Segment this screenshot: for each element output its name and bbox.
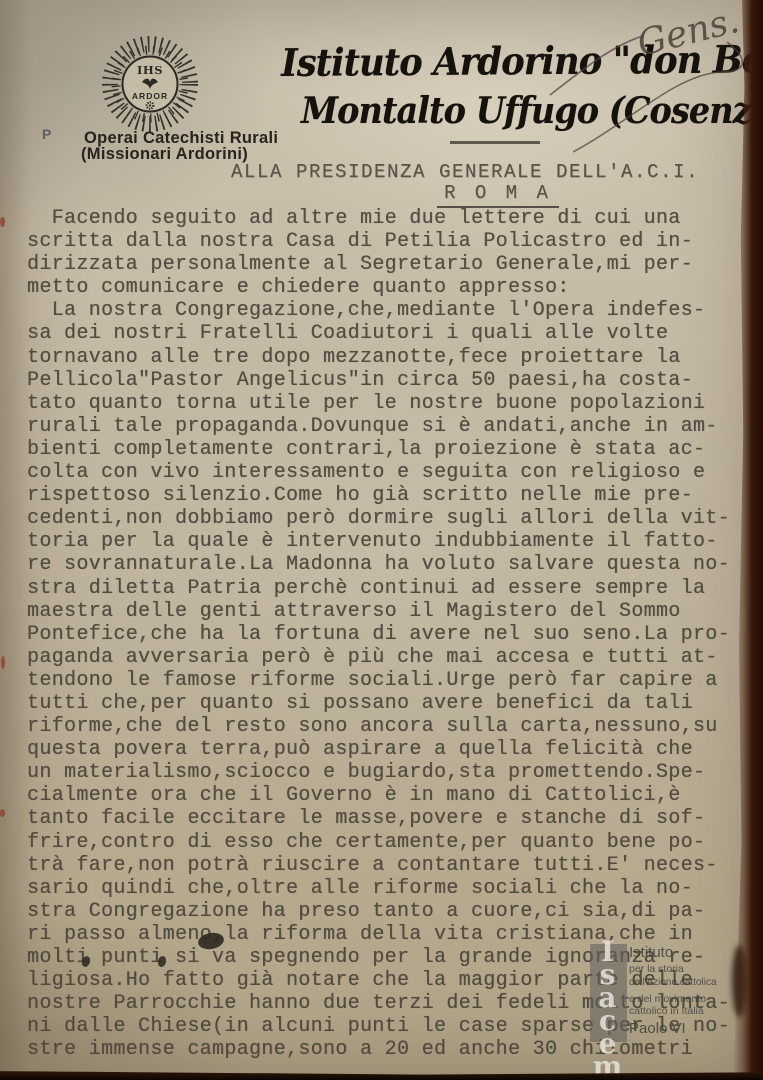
typed-text-line: re sovrannaturale.La Madonna ha voluto s… [27, 553, 763, 576]
typed-text-line: metto comunicare e chiedere quanto appre… [27, 276, 763, 299]
scanned-letter-photo: IHS ARDOR P Operai Catechisti Rurali (Mi… [0, 0, 763, 1080]
typed-text-line: maestra delle genti attraverso il Magist… [27, 600, 763, 623]
typed-text-line: paganda avversaria però è più che mai ac… [27, 646, 763, 669]
typed-text-line: tornavano alle tre dopo mezzanotte,fece … [27, 346, 763, 369]
institute-title-line2: Montalto Uffugo (Cosenza) [301, 90, 763, 132]
logo-ardor-text: ARDOR [132, 91, 168, 101]
typed-text-line: stra diletta Patria perchè continui ad e… [27, 577, 763, 600]
typed-text-line: un materialismo,sciocco e bugiardo,sta p… [27, 761, 763, 784]
typed-text-line: sa dei nostri Fratelli Coadiutori i qual… [27, 322, 763, 345]
watermark-acronym: Isacem [591, 935, 624, 1051]
typed-text-line: La nostra Congregazione,che,mediante l'O… [27, 299, 763, 322]
paper-speck [0, 217, 5, 227]
typed-text-line: questa povera terra,può aspirare a quell… [27, 738, 763, 761]
institute-title-line1: Istituto Ardorino "don Bosco.. [281, 36, 763, 85]
watermark-text-line: e del movimento [629, 994, 717, 1005]
typed-text-line: cialmente ora che il Governo è in mano d… [27, 784, 763, 807]
typed-text-line: dirizzata personalmente al Segretario Ge… [27, 253, 763, 276]
typed-text-line: Pellicola"Pastor Angelicus"in circa 50 p… [27, 369, 763, 392]
typed-text-line: toria per la quale è intervenuto indubbi… [27, 530, 763, 553]
ardor-sunburst-logo: IHS ARDOR [100, 34, 200, 134]
typed-text-line: rispettoso silenzio.Come ho già scritto … [27, 484, 763, 507]
stamp-letter-p: P [42, 126, 53, 142]
typed-text-line: tato quanto torna utile per le nostre bu… [27, 392, 763, 415]
watermark-text-line: Istituto [629, 945, 717, 961]
watermark-text-line: Paolo VI [629, 1021, 717, 1037]
typed-text-line: colta con vivo interessamento e seguita … [27, 461, 763, 484]
gear-icon-center [149, 104, 151, 106]
typed-text-line: rurali tale propaganda.Dovunque si è and… [27, 415, 763, 438]
letter-body: Facendo seguito ad altre mie due lettere… [27, 207, 763, 1061]
logo-ihs-text: IHS [137, 63, 163, 77]
isacem-watermark: Isacem Istitutoper la storiadell'Azione … [588, 939, 748, 1054]
typed-text-line: tanto facile eccitare le masse,povere e … [27, 807, 763, 830]
paper-speck [0, 809, 5, 817]
typed-text-line: Facendo seguito ad altre mie due lettere… [27, 207, 763, 230]
typed-text-line: bienti completamente contrari,la proiezi… [27, 438, 763, 461]
watermark-text-line: per la storia [629, 964, 717, 975]
typed-text-line: tutti che,per quanto si possano avere be… [27, 692, 763, 715]
typed-text-line: sario quindi che,oltre alle riforme soci… [27, 877, 763, 900]
letterhead-divider-line [450, 141, 540, 144]
typed-text-line: riforme,che del resto sono ancora sulla … [27, 715, 763, 738]
typed-text-line: frire,contro di esso che certamente,per … [27, 831, 763, 854]
typed-text-line: cedenti,non dobbiamo però dormire sugli … [27, 507, 763, 530]
recipient-city: R O M A [437, 182, 559, 208]
typed-text-line: Pontefice,che ha la fortuna di avere nel… [27, 623, 763, 646]
watermark-text: Istitutoper la storiadell'Azione cattoli… [629, 941, 717, 1037]
typed-text-line: trà fare,non potrà riuscire a contantare… [27, 854, 763, 877]
org-name-line2: (Missionari Ardorini) [81, 145, 248, 164]
watermark-text-line: cattolico in Italia [629, 1006, 717, 1017]
paper-speck [1, 656, 5, 669]
typed-text-line: stra Congregazione ha preso tanto a cuor… [27, 900, 763, 923]
watermark-text-line: dell'Azione cattolica [629, 978, 717, 989]
recipient-line: ALLA PRESIDENZA GENERALE DELL'A.C.I. [231, 161, 699, 183]
typed-text-line: scritta dalla nostra Casa di Petilia Pol… [27, 230, 763, 253]
typed-text-line: tendono le famose riforme sociali.Urge p… [27, 669, 763, 692]
